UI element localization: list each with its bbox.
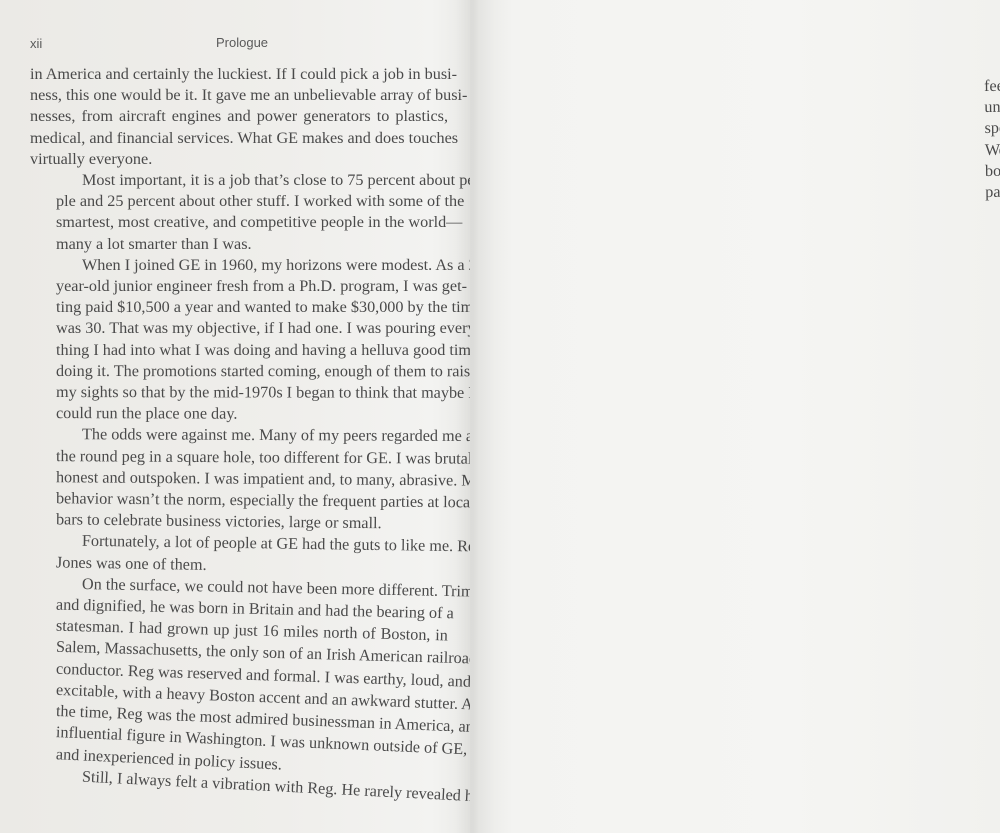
text-line: doing it. The promotions started coming,…: [30, 361, 448, 382]
text-line: story in Business Week magazine in early…: [989, 580, 1000, 606]
text-line: He missed by more than 20!: [989, 517, 1000, 543]
paragraph: Fortunately, a lot of people at GE had t…: [30, 530, 448, 572]
paragraph: He missed by more than 20!: [989, 517, 1000, 543]
paragraph: When I joined GE in 1960, my horizons we…: [30, 255, 448, 425]
text-line: job. He hadn’t intended it to be the div…: [987, 326, 1000, 352]
paragraph: The odds were against me. Many of my pee…: [30, 424, 448, 530]
text-line: Hi-Ho, the local watering hole near head…: [988, 453, 1000, 479]
text-line: the round peg in a square hole, too diff…: [30, 446, 448, 470]
left-running-head: Prologue: [216, 35, 268, 50]
text-line: smartest, most creative, and competitive…: [30, 212, 448, 233]
text-line: their careers. They described the organi…: [990, 665, 1000, 691]
book-spread: xii Prologue in America and certainly th…: [0, 0, 1000, 833]
text-line: first, there were seven of us from vario…: [986, 284, 1000, 310]
text-line: ple and 25 percent about other stuff. I …: [30, 191, 448, 212]
left-page: xii Prologue in America and certainly th…: [0, 0, 470, 833]
right-page: Prologue xiii feelings, never providing …: [470, 0, 1000, 833]
text-line: Over all the years that I was chairman, …: [989, 538, 1000, 564]
text-line: plied that I was able to get one of the …: [991, 750, 1000, 776]
text-line: process that it turned out to be.: [987, 347, 1000, 373]
text-line: I made a few mistakes in those years, no…: [987, 368, 1000, 394]
text-line: by heavy politics and big egos, my own i…: [986, 262, 1000, 288]
text-line: understood me. In some ways, we were kin…: [984, 93, 1000, 119]
paragraph: Most important, it is a job that’s close…: [30, 170, 448, 255]
text-line: virtually everyone.: [30, 149, 448, 170]
paragraph: The competition to succeed Reg had been …: [986, 241, 1000, 373]
left-page-body: in America and certainly the luckiest. I…: [30, 64, 448, 785]
text-line: my sights so that by the mid-1970s I beg…: [30, 382, 448, 404]
text-line: in America and certainly the luckiest. I…: [30, 64, 448, 85]
text-line: feelings, never providing even a hint. Y…: [984, 71, 1000, 97]
text-line: one of the oldtime staffers repeating gl…: [988, 474, 1000, 500]
text-line: someone they weren’t, in order to be suc…: [991, 708, 1000, 734]
paragraph: I made a few mistakes in those years, no…: [987, 368, 1000, 521]
text-line: got the board to approve me as his succe…: [987, 390, 1000, 416]
text-line: year-old junior engineer fresh from a Ph…: [30, 276, 448, 297]
text-line: total strangers wrote me moving and insp…: [990, 644, 1000, 670]
text-line: The competition to succeed Reg had been …: [986, 241, 1000, 267]
paragraph: On the surface, we could not have been m…: [30, 573, 448, 764]
text-line: story’s contention that I never changed …: [991, 729, 1000, 755]
paragraph: Over all the years that I was chairman, …: [989, 538, 1000, 627]
text-line: Why? Because of the magazine article, li…: [990, 623, 1000, 649]
text-line: flood of mail that inspired me to write …: [990, 602, 1000, 628]
left-page-number: xii: [30, 36, 42, 51]
text-line: could run the place one day.: [30, 403, 448, 426]
paragraph: Why? Because of the magazine article, li…: [990, 623, 1000, 797]
paragraph: in America and certainly the luckiest. I…: [30, 64, 448, 170]
text-line: his support for all I did over 20 years …: [986, 220, 1000, 246]
text-line: The odds were against me. Many of my pee…: [30, 424, 448, 447]
text-line: thing I had into what I was doing and ha…: [30, 340, 448, 361]
text-line: Most important, it is a job that’s close…: [30, 170, 448, 191]
text-line: 1980, I still wasn’t the most obvious ch…: [988, 411, 1000, 437]
text-line: attention in the media—both good and bad…: [989, 559, 1000, 585]
text-line: to change as individuals, to conform to …: [990, 686, 1000, 712]
text-line: announcement was made, one of my GE frie…: [988, 432, 1000, 458]
text-line: was 30. That was my objective, if I had …: [30, 318, 448, 339]
text-line: both loved GE. He knew it had to change,…: [985, 156, 1000, 182]
right-page-body: feelings, never providing even a hint. Y…: [984, 71, 1000, 796]
text-line: medical, and financial services. What GE…: [30, 128, 448, 149]
paragraph: I’m not sure he knew how much I wanted G…: [985, 199, 1000, 246]
text-line: spected each other’s differences and sha…: [984, 114, 1000, 140]
text-line: who were put in the spotlight by the ver…: [986, 305, 1000, 331]
text-line: We both liked analysis and numbers and d…: [985, 135, 1000, 161]
paragraph: feelings, never providing even a hint. Y…: [984, 71, 1000, 203]
text-line: give him two years—then it’s Bellevue.”: [988, 496, 1000, 522]
text-line: When I joined GE in 1960, my horizons we…: [30, 255, 448, 276]
text-line: ness, this one would be it. It gave me a…: [30, 85, 448, 106]
text-line: nesses, from aircraft engines and power …: [30, 106, 448, 127]
text-line: many a lot smarter than I was.: [30, 234, 448, 255]
text-line: passion and the smarts to do it.: [985, 178, 1000, 204]
text-line: come closer to acting like the crowd I g…: [991, 771, 1000, 797]
text-line: ting paid $10,500 a year and wanted to m…: [30, 297, 448, 318]
